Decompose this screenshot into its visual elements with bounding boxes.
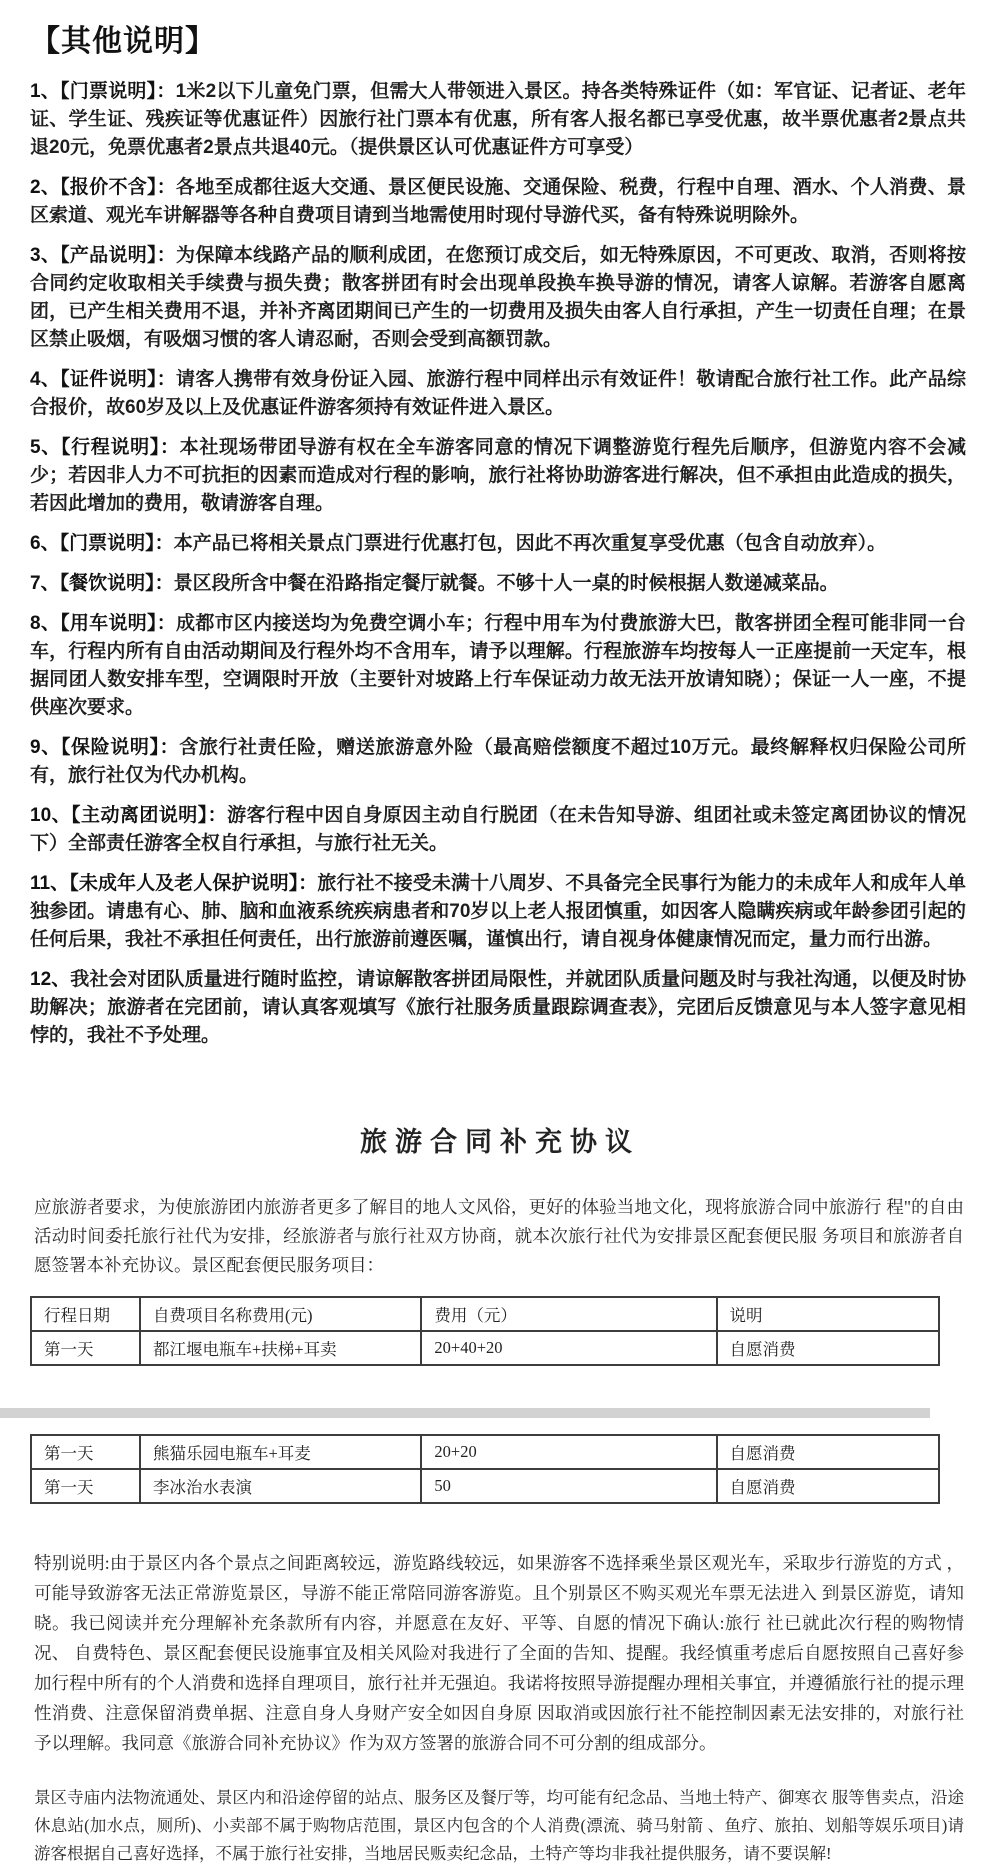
table-cell: 李冰治水表演: [140, 1469, 421, 1503]
note-number: 9、: [30, 737, 61, 758]
table-header-row: 行程日期 自费项目名称费用(元) 费用（元） 说明: [31, 1297, 939, 1331]
section-divider: [0, 1408, 930, 1418]
note-label: 【门票说明】：: [60, 81, 176, 102]
special-note: 特别说明:由于景区内各个景点之间距离较远，游览路线较远，如果游客不选择乘坐景区观…: [0, 1548, 1000, 1758]
note-number: 12、: [30, 969, 70, 990]
table-row: 第一天 都江堰电瓶车+扶梯+耳卖 20+40+20 自愿消费: [31, 1331, 939, 1365]
note-item: 10、【主动离团说明】：游客行程中因自身原因主动自行脱团（在未告知导游、组团社或…: [30, 802, 966, 858]
note-number: 1、: [30, 81, 60, 102]
note-item: 5、【行程说明】：本社现场带团导游有权在全车游客同意的情况下调整游览行程先后顺序…: [30, 434, 966, 518]
agreement-intro: 应旅游者要求，为使旅游团内旅游者更多了解目的地人文风俗，更好的体验当地文化，现将…: [0, 1193, 1000, 1280]
agreement-title: 旅游合同补充协议: [0, 1120, 1000, 1159]
note-item: 3、【产品说明】：为保障本线路产品的顺利成团，在您预订成交后，如无特殊原因，不可…: [30, 242, 966, 354]
note-label: 【餐饮说明】：: [60, 573, 174, 594]
note-item: 6、【门票说明】：本产品已将相关景点门票进行优惠打包，因此不再次重复享受优惠（包…: [30, 530, 966, 558]
table-cell: 50: [421, 1469, 716, 1503]
note-item: 1、【门票说明】：1米2以下儿童免门票，但需大人带领进入景区。持各类特殊证件（如…: [30, 78, 966, 162]
other-notes-section: 【其他说明】 1、【门票说明】：1米2以下儿童免门票，但需大人带领进入景区。持各…: [0, 0, 1000, 1050]
footer-note: 景区寺庙内法物流通处、景区内和沿途停留的站点、服务区及餐厅等，均可能有纪念品、当…: [0, 1784, 1000, 1868]
note-label: 【行程说明】：: [61, 437, 180, 458]
note-number: 7、: [30, 573, 60, 594]
note-number: 4、: [30, 369, 60, 390]
note-number: 3、: [30, 245, 60, 266]
note-number: 5、: [30, 437, 61, 458]
note-item: 2、【报价不含】：各地至成都往返大交通、景区便民设施、交通保险、税费，行程中自理…: [30, 174, 966, 230]
note-label: 【证件说明】：: [60, 369, 176, 390]
note-label: 【报价不含】：: [60, 177, 176, 198]
note-item: 9、【保险说明】：含旅行社责任险，赠送旅游意外险（最高赔偿额度不超过10万元。最…: [30, 734, 966, 790]
table-cell: 都江堰电瓶车+扶梯+耳卖: [140, 1331, 421, 1365]
table-cell: 自愿消费: [717, 1469, 939, 1503]
note-label: 【未成年人及老人保护说明】：: [69, 873, 317, 894]
note-text: 我社会对团队质量进行随时监控，请谅解散客拼团局限性，并就团队质量问题及时与我社沟…: [30, 969, 966, 1046]
table-cell: 第一天: [31, 1469, 140, 1503]
table-header-cell: 行程日期: [31, 1297, 140, 1331]
note-number: 8、: [30, 613, 60, 634]
table-header-cell: 自费项目名称费用(元): [140, 1297, 421, 1331]
note-label: 【主动离团说明】：: [71, 805, 227, 826]
fee-table-1: 行程日期 自费项目名称费用(元) 费用（元） 说明 第一天 都江堰电瓶车+扶梯+…: [30, 1296, 940, 1366]
table-cell: 熊猫乐园电瓶车+耳麦: [140, 1435, 421, 1469]
table-cell: 第一天: [31, 1331, 140, 1365]
page-title: 【其他说明】: [30, 16, 966, 60]
note-number: 11、: [30, 873, 69, 894]
supplementary-agreement-section: 旅游合同补充协议 应旅游者要求，为使旅游团内旅游者更多了解目的地人文风俗，更好的…: [0, 1120, 1000, 1868]
table-cell: 自愿消费: [717, 1435, 939, 1469]
note-item: 8、【用车说明】：成都市区内接送均为免费空调小车；行程中用车为付费旅游大巴，散客…: [30, 610, 966, 722]
note-number: 6、: [30, 533, 60, 554]
table-row: 第一天 李冰治水表演 50 自愿消费: [31, 1469, 939, 1503]
note-item: 12、我社会对团队质量进行随时监控，请谅解散客拼团局限性，并就团队质量问题及时与…: [30, 966, 966, 1050]
note-label: 【产品说明】：: [60, 245, 176, 266]
note-label: 【用车说明】：: [60, 613, 176, 634]
note-number: 10、: [30, 805, 71, 826]
note-item: 7、【餐饮说明】：景区段所含中餐在沿路指定餐厅就餐。不够十人一桌的时候根据人数递…: [30, 570, 966, 598]
note-number: 2、: [30, 177, 60, 198]
note-text: 本产品已将相关景点门票进行优惠打包，因此不再次重复享受优惠（包含自动放弃）。: [174, 533, 887, 554]
table-cell: 第一天: [31, 1435, 140, 1469]
table-cell: 20+20: [421, 1435, 716, 1469]
note-label: 【门票说明】：: [60, 533, 174, 554]
table-header-cell: 费用（元）: [421, 1297, 716, 1331]
table-cell: 20+40+20: [421, 1331, 716, 1365]
fee-table-2: 第一天 熊猫乐园电瓶车+耳麦 20+20 自愿消费 第一天 李冰治水表演 50 …: [30, 1434, 940, 1504]
note-item: 4、【证件说明】：请客人携带有效身份证入园、旅游行程中同样出示有效证件！敬请配合…: [30, 366, 966, 422]
table-header-cell: 说明: [717, 1297, 939, 1331]
table-cell: 自愿消费: [717, 1331, 939, 1365]
table-row: 第一天 熊猫乐园电瓶车+耳麦 20+20 自愿消费: [31, 1435, 939, 1469]
note-text: 景区段所含中餐在沿路指定餐厅就餐。不够十人一桌的时候根据人数递减菜品。: [174, 573, 839, 594]
note-label: 【保险说明】：: [61, 737, 179, 758]
note-item: 11、【未成年人及老人保护说明】：旅行社不接受未满十八周岁、不具备完全民事行为能…: [30, 870, 966, 954]
